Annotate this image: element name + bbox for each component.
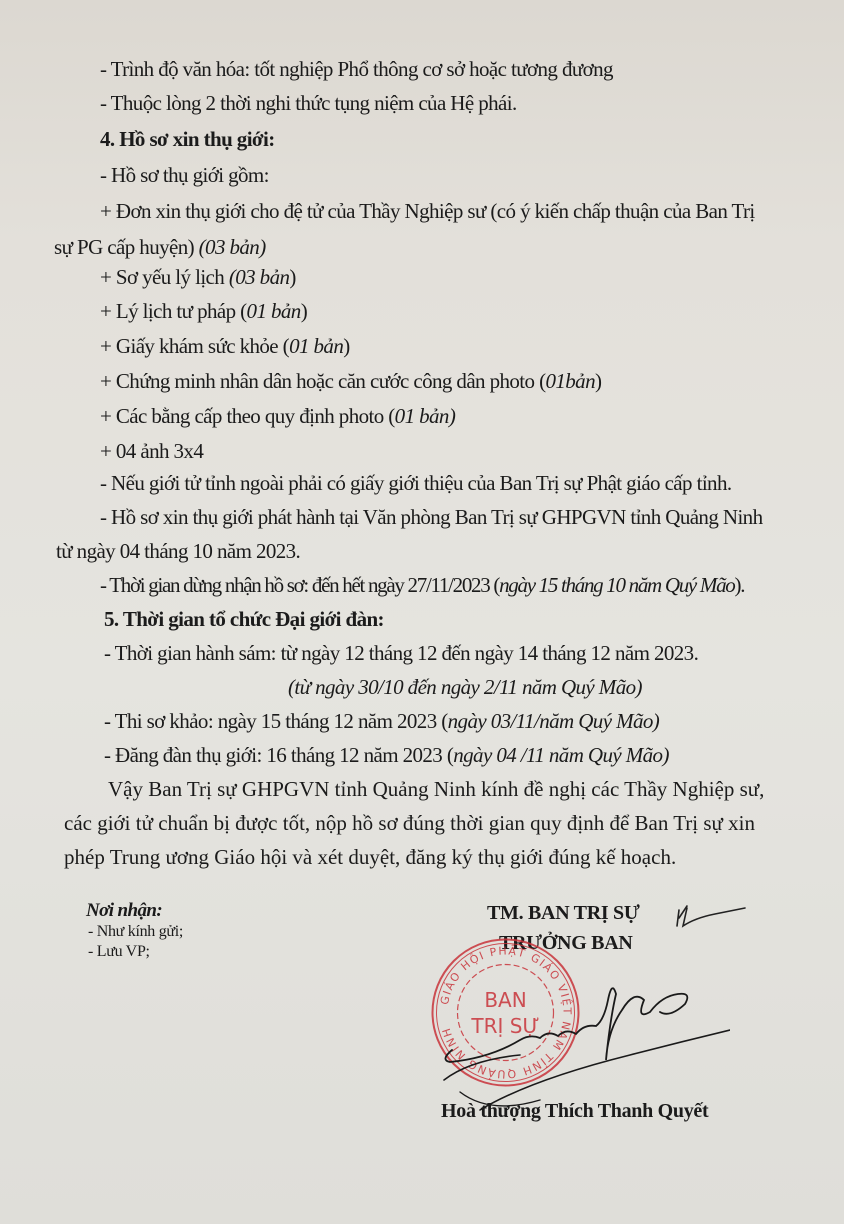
body-line-repentance-lunar: (từ ngày 30/10 đến ngày 2/11 năm Quý Mão… xyxy=(288,674,642,700)
list-item-application: + Đơn xin thụ giới cho đệ tử của Thầy Ng… xyxy=(100,198,755,224)
list-item-application-cont: sự PG cấp huyện) (03 bản) xyxy=(54,234,266,260)
body-line-dossier-includes: - Hồ sơ thụ giới gồm: xyxy=(100,162,269,188)
signature-org-line: TM. BAN TRỊ SỰ xyxy=(487,902,640,925)
body-line-deadline: - Thời gian dừng nhận hồ sơ: đến hết ngà… xyxy=(100,572,744,598)
body-line-repentance: - Thời gian hành sám: từ ngày 12 tháng 1… xyxy=(104,640,698,666)
section-heading-4: 4. Hồ sơ xin thụ giới: xyxy=(100,126,275,152)
body-line-preliminary-exam: - Thi sơ khảo: ngày 15 tháng 12 năm 2023… xyxy=(104,708,659,734)
signatory-name: Hoà thượng Thích Thanh Quyết xyxy=(441,1100,708,1123)
closing-paragraph-line-3: phép Trung ương Giáo hội và xét duyệt, đ… xyxy=(64,844,676,870)
list-item-diplomas: + Các bằng cấp theo quy định photo (01 b… xyxy=(100,403,455,429)
body-line-dossier-issued: - Hồ sơ xin thụ giới phát hành tại Văn p… xyxy=(100,504,762,530)
recipient-item: - Như kính gửi; xyxy=(88,922,183,942)
recipients-heading: Nơi nhận: xyxy=(86,898,162,924)
list-item-photos: + 04 ảnh 3x4 xyxy=(100,438,203,464)
closing-paragraph-line-1: Vậy Ban Trị sự GHPGVN tỉnh Quảng Ninh kí… xyxy=(108,776,764,802)
list-item-id-card: + Chứng minh nhân dân hoặc căn cước công… xyxy=(100,368,601,394)
body-line-out-of-province: - Nếu giới tử tỉnh ngoài phải có giấy gi… xyxy=(100,470,732,496)
body-line-ordination: - Đăng đàn thụ giới: 16 tháng 12 năm 202… xyxy=(104,742,669,768)
body-line-chanting: - Thuộc lòng 2 thời nghi thức tụng niệm … xyxy=(100,90,517,116)
closing-paragraph-line-2: các giới tử chuẩn bị được tốt, nộp hồ sơ… xyxy=(64,810,755,836)
section-heading-5: 5. Thời gian tổ chức Đại giới đàn: xyxy=(104,606,384,632)
initial-mark-icon xyxy=(665,896,750,941)
list-item-judicial-record: + Lý lịch tư pháp (01 bản) xyxy=(100,298,307,324)
document-page: - Trình độ văn hóa: tốt nghiệp Phổ thông… xyxy=(0,0,844,1224)
list-item-cv: + Sơ yếu lý lịch (03 bản) xyxy=(100,264,296,290)
list-item-health-check: + Giấy khám sức khỏe (01 bản) xyxy=(100,333,350,359)
recipient-item: - Lưu VP; xyxy=(88,942,150,962)
handwritten-signature-icon xyxy=(430,960,730,1120)
body-line-dossier-issued-date: từ ngày 04 tháng 10 năm 2023. xyxy=(56,538,300,564)
body-line-education: - Trình độ văn hóa: tốt nghiệp Phổ thông… xyxy=(100,56,613,82)
